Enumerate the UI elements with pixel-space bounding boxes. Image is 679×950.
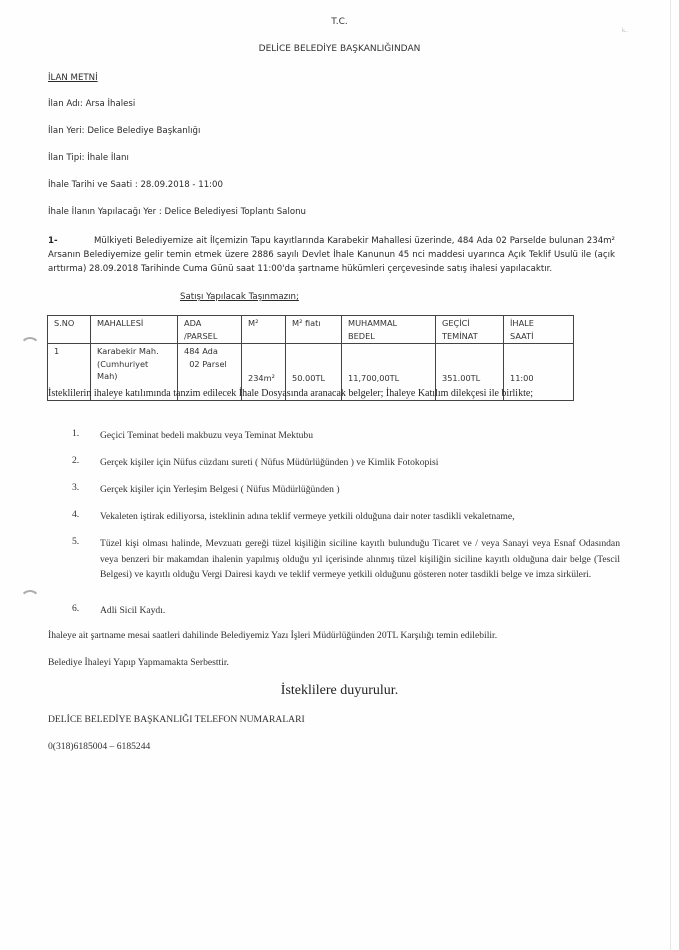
field-ilan-tipi: İlan Tipi: İhale İlanı bbox=[48, 153, 129, 163]
header-ihale-saati: İHALESAATİ bbox=[504, 316, 574, 344]
phones-heading: DELİCE BELEDİYE BAŞKANLIĞI TELEFON NUMAR… bbox=[48, 714, 305, 725]
field-value: Arsa İhalesi bbox=[83, 99, 135, 109]
header-m2: M² bbox=[242, 316, 286, 344]
page-edge bbox=[670, 0, 671, 950]
field-value: İhale İlanı bbox=[84, 153, 128, 163]
field-label: İhale İlanın Yapılacağı Yer bbox=[48, 207, 156, 217]
paragraph-text: Mülkiyeti Belediyemize ait İlçemizin Tap… bbox=[48, 236, 615, 274]
field-ihale-yeri: İhale İlanın Yapılacağı Yer : Delice Bel… bbox=[48, 207, 306, 217]
phone-numbers: 0(318)6185004 – 6185244 bbox=[48, 741, 150, 752]
spec-note: İhaleye ait şartname mesai saatleri dahi… bbox=[48, 630, 497, 641]
punch-hole-icon bbox=[20, 337, 40, 357]
field-label: İlan Adı: bbox=[48, 99, 83, 109]
notice-heading: İLAN METNİ bbox=[48, 73, 98, 83]
field-value: : 28.09.2018 - 11:00 bbox=[132, 180, 223, 190]
header-gecici-teminat: GEÇİCİTEMİNAT bbox=[436, 316, 504, 344]
header-m2-fiati: M² fiatı bbox=[286, 316, 342, 344]
table-header-row: S.NO MAHALLESİ ADA/PARSEL M² M² fiatı MU… bbox=[48, 316, 574, 344]
header-mahallesi: MAHALLESİ bbox=[91, 316, 178, 344]
punch-hole-icon bbox=[20, 590, 40, 610]
scanned-document-page: k.. T.C. DELİCE BELEDİYE BAŞKANLIĞINDAN … bbox=[0, 0, 679, 950]
documents-intro: İsteklilerin ihaleye katılımında tanzim … bbox=[48, 387, 618, 401]
announcement: İsteklilere duyurulur. bbox=[0, 683, 679, 699]
field-label: İlan Yeri: bbox=[48, 126, 85, 136]
field-value: : Delice Belediyesi Toplantı Salonu bbox=[156, 207, 306, 217]
header-institution: DELİCE BELEDİYE BAŞKANLIĞINDAN bbox=[0, 44, 679, 54]
field-label: İhale Tarihi ve Saati bbox=[48, 180, 132, 190]
main-paragraph: 1-Mülkiyeti Belediyemize ait İlçemizin T… bbox=[48, 234, 615, 277]
field-label: İlan Tipi: bbox=[48, 153, 84, 163]
scan-smudge: k.. bbox=[622, 28, 628, 34]
paragraph-number: 1- bbox=[48, 234, 94, 248]
header-sno: S.NO bbox=[48, 316, 91, 344]
header-ada-parsel: ADA/PARSEL bbox=[178, 316, 242, 344]
field-ilan-yeri: İlan Yeri: Delice Belediye Başkanlığı bbox=[48, 126, 200, 136]
freedom-note: Belediye İhaleyi Yapıp Yapmamakta Serbes… bbox=[48, 657, 229, 668]
table-caption: Satışı Yapılacak Taşınmazın; bbox=[180, 292, 299, 302]
field-value: Delice Belediye Başkanlığı bbox=[87, 126, 200, 136]
field-ihale-tarihi: İhale Tarihi ve Saati : 28.09.2018 - 11:… bbox=[48, 180, 223, 190]
header-muhammal-bedel: MUHAMMALBEDEL bbox=[342, 316, 436, 344]
field-ilan-adi: İlan Adı: Arsa İhalesi bbox=[48, 99, 135, 109]
header-tc: T.C. bbox=[0, 17, 679, 27]
